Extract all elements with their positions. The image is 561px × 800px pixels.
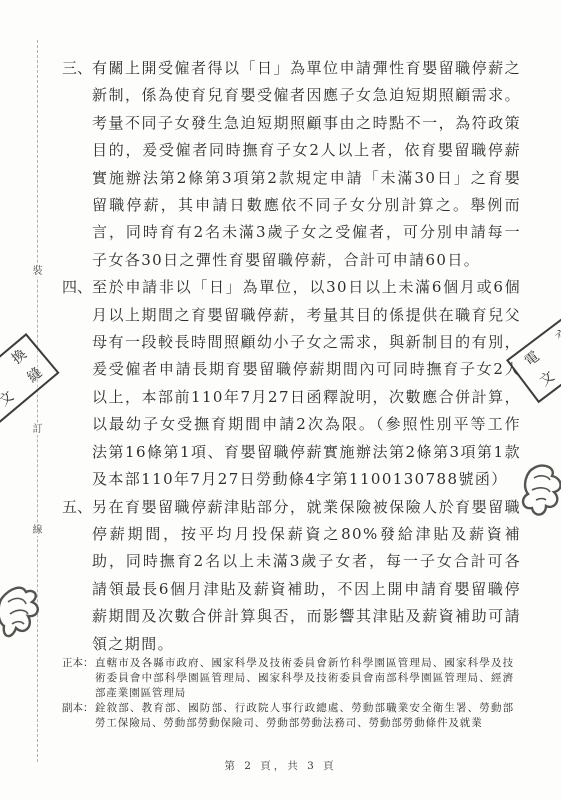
- copy-recipients-row: 副本： 銓敘部、教育部、國防部、行政院人事行政總處、勞動部職業安全衛生署、勞動部…: [62, 701, 514, 731]
- seam-stamp-left-char-4: 縫: [25, 365, 45, 385]
- page-number-footer: 第 2 頁，共 3 頁: [0, 758, 561, 773]
- partial-seal-blob-left: [0, 580, 48, 650]
- original-recipients-row: 正本： 直轄市及各縣市政府、國家科學及技術委員會新竹科學園區管理局、國家科學及技…: [62, 656, 514, 701]
- paragraph-5-number: 五、: [62, 494, 92, 521]
- seam-stamp-left-char-1: 公: [0, 371, 1, 391]
- seam-stamp-right-char-1: 電: [522, 349, 542, 369]
- original-recipients-label: 正本：: [62, 656, 94, 671]
- paragraph-4: 四、 至於申請非以「日」為單位，以30日以上未滿6個月或6個月以上期間之育嬰留職…: [62, 274, 521, 493]
- binding-char-ding: 訂: [30, 424, 45, 435]
- seam-stamp-right-char-3: 文: [537, 369, 557, 389]
- binding-char-xian: 線: [30, 525, 45, 536]
- paragraph-4-number: 四、: [62, 274, 92, 301]
- paragraph-5: 五、 另在育嬰留職停薪津貼部分，就業保險被保險人於育嬰留職停薪期間，按平均月投保…: [62, 494, 521, 658]
- paragraph-5-text: 另在育嬰留職停薪津貼部分，就業保險被保險人於育嬰留職停薪期間，按平均月投保薪資之…: [92, 498, 521, 653]
- seam-stamp-left: 公 換 文 縫: [0, 333, 60, 423]
- document-page: 裝 訂 線 三、 有關上開受僱者得以「日」為單位申請彈性育嬰留職停薪之新制，係為…: [0, 0, 561, 800]
- paragraph-3-text: 有關上開受僱者得以「日」為單位申請彈性育嬰留職停薪之新制，係為使育兒育嬰受僱者因…: [92, 59, 521, 269]
- seam-stamp-left-char-2: 換: [10, 347, 30, 367]
- copy-recipients-text: 銓敘部、教育部、國防部、行政院人事行政總處、勞動部職業安全衛生署、勞動部勞工保險…: [95, 702, 514, 729]
- paragraph-4-text: 至於申請非以「日」為單位，以30日以上未滿6個月或6個月以上期間之育嬰留職停薪，…: [92, 278, 521, 488]
- partial-seal-blob-right: [520, 462, 561, 530]
- paragraph-3-number: 三、: [62, 55, 92, 82]
- binding-char-zhuang: 裝: [30, 266, 45, 277]
- distribution-block: 正本： 直轄市及各縣市政府、國家科學及技術委員會新竹科學園區管理局、國家科學及技…: [62, 656, 514, 731]
- seam-stamp-left-char-3: 文: [0, 389, 16, 409]
- binding-dashed-line: [37, 40, 38, 762]
- document-body: 三、 有關上開受僱者得以「日」為單位申請彈性育嬰留職停薪之新制，係為使育兒育嬰受…: [62, 55, 521, 658]
- copy-recipients-label: 副本：: [62, 701, 94, 716]
- seam-stamp-right-char-2: 交: [553, 325, 561, 345]
- paragraph-3: 三、 有關上開受僱者得以「日」為單位申請彈性育嬰留職停薪之新制，係為使育兒育嬰受…: [62, 55, 521, 274]
- original-recipients-text: 直轄市及各縣市政府、國家科學及技術委員會新竹科學園區管理局、國家科學及技術委員會…: [95, 657, 514, 699]
